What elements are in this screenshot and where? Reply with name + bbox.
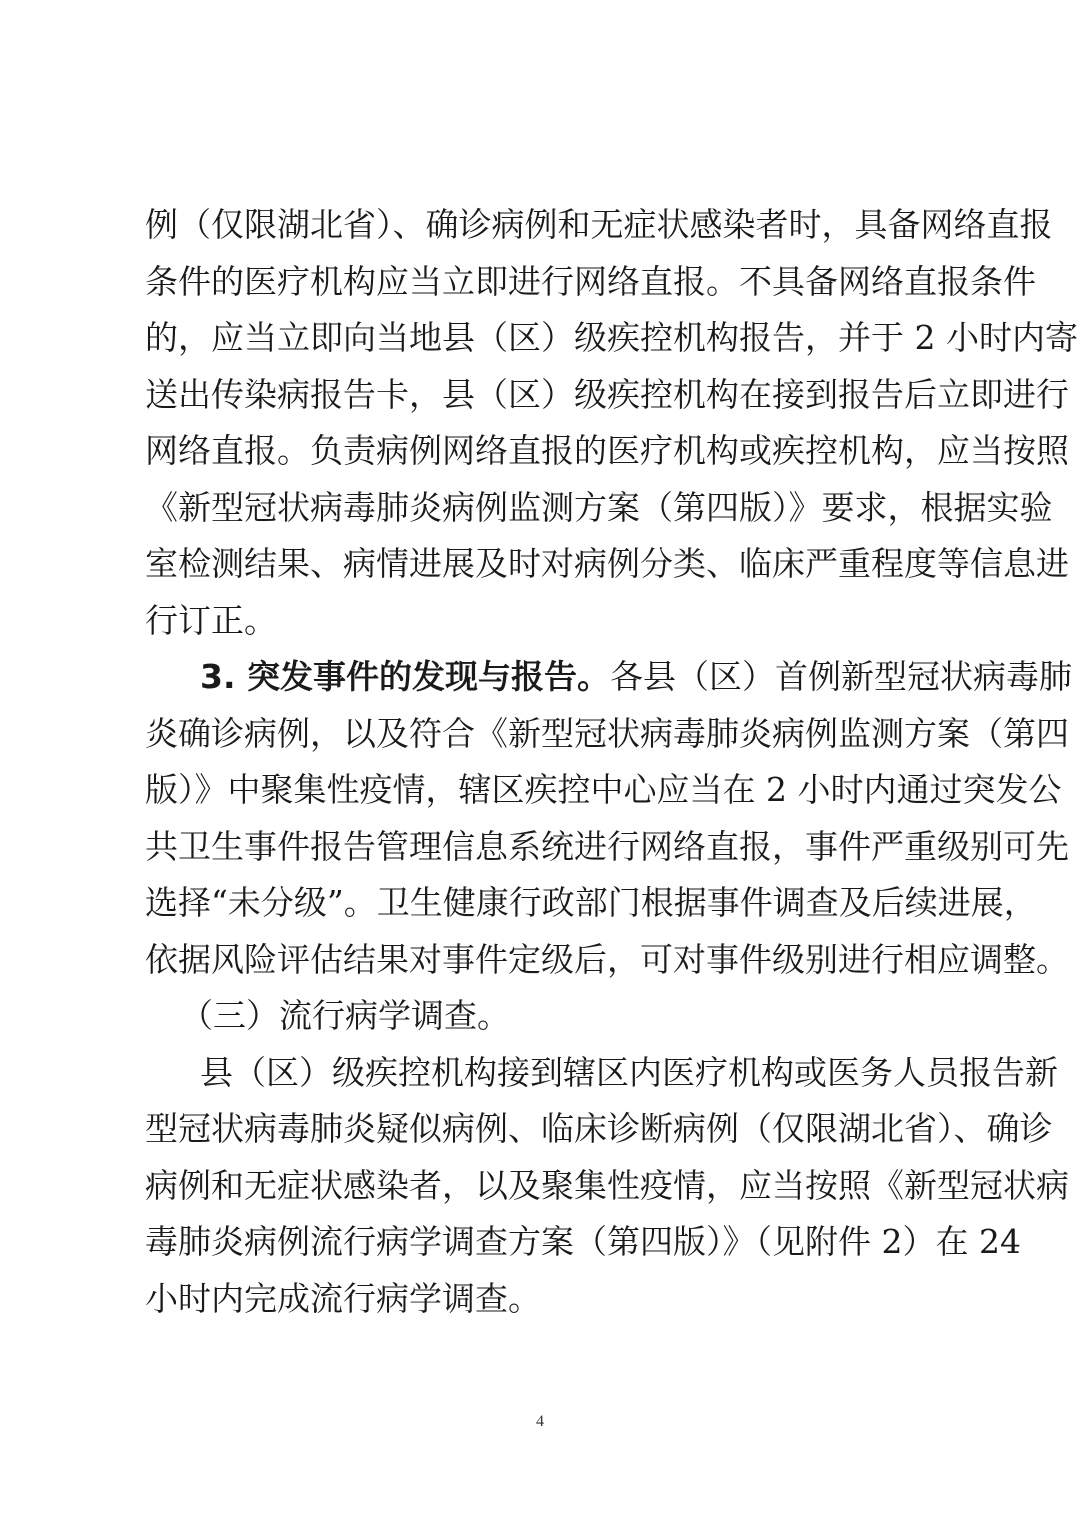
- body-text-line: 例（仅限湖北省）、确诊病例和无症状感染者时，具备网络直报: [145, 203, 945, 247]
- body-text-line: 病例和无症状感染者，以及聚集性疫情，应当按照《新型冠状病: [145, 1164, 945, 1208]
- body-text-line: 版）》中聚集性疫情，辖区疾控中心应当在 2 小时内通过突发公: [145, 768, 945, 812]
- subsection-heading: （三）流行病学调查。: [180, 994, 580, 1038]
- body-text-line: 条件的医疗机构应当立即进行网络直报。不具备网络直报条件: [145, 260, 945, 304]
- body-text-line: 行订正。: [145, 599, 945, 643]
- body-text-line: 小时内完成流行病学调查。: [145, 1277, 945, 1321]
- page-number: 4: [520, 1413, 560, 1431]
- body-text-line: 依据风险评估结果对事件定级后，可对事件级别进行相应调整。: [145, 938, 945, 982]
- body-text-line: 选择“未分级”。卫生健康行政部门根据事件调查及后续进展，: [145, 881, 945, 925]
- body-text-line: 网络直报。负责病例网络直报的医疗机构或疾控机构，应当按照: [145, 429, 945, 473]
- section-3-first-line: 3. 突发事件的发现与报告。各县（区）首例新型冠状病毒肺: [200, 655, 945, 699]
- body-text-line: 型冠状病毒肺炎疑似病例、临床诊断病例（仅限湖北省）、确诊: [145, 1107, 945, 1151]
- body-text-line: 县（区）级疾控机构接到辖区内医疗机构或医务人员报告新: [200, 1051, 945, 1095]
- body-text-line: 室检测结果、病情进展及时对病例分类、临床严重程度等信息进: [145, 542, 945, 586]
- section-3-heading: 3. 突发事件的发现与报告。: [200, 657, 610, 696]
- body-text-line: 共卫生事件报告管理信息系统进行网络直报，事件严重级别可先: [145, 825, 945, 869]
- body-text-line: 的，应当立即向当地县（区）级疾控机构报告，并于 2 小时内寄: [145, 316, 945, 360]
- body-text-line: 炎确诊病例，以及符合《新型冠状病毒肺炎病例监测方案（第四: [145, 712, 945, 756]
- document-page: 例（仅限湖北省）、确诊病例和无症状感染者时，具备网络直报 条件的医疗机构应当立即…: [0, 0, 1080, 1526]
- body-text-line: 毒肺炎病例流行病学调查方案（第四版）》（见附件 2）在 24: [145, 1220, 945, 1264]
- section-3-text: 各县（区）首例新型冠状病毒肺: [610, 657, 1072, 696]
- body-text-line: 送出传染病报告卡，县（区）级疾控机构在接到报告后立即进行: [145, 373, 945, 417]
- body-text-line: 《新型冠状病毒肺炎病例监测方案（第四版）》要求，根据实验: [145, 486, 945, 530]
